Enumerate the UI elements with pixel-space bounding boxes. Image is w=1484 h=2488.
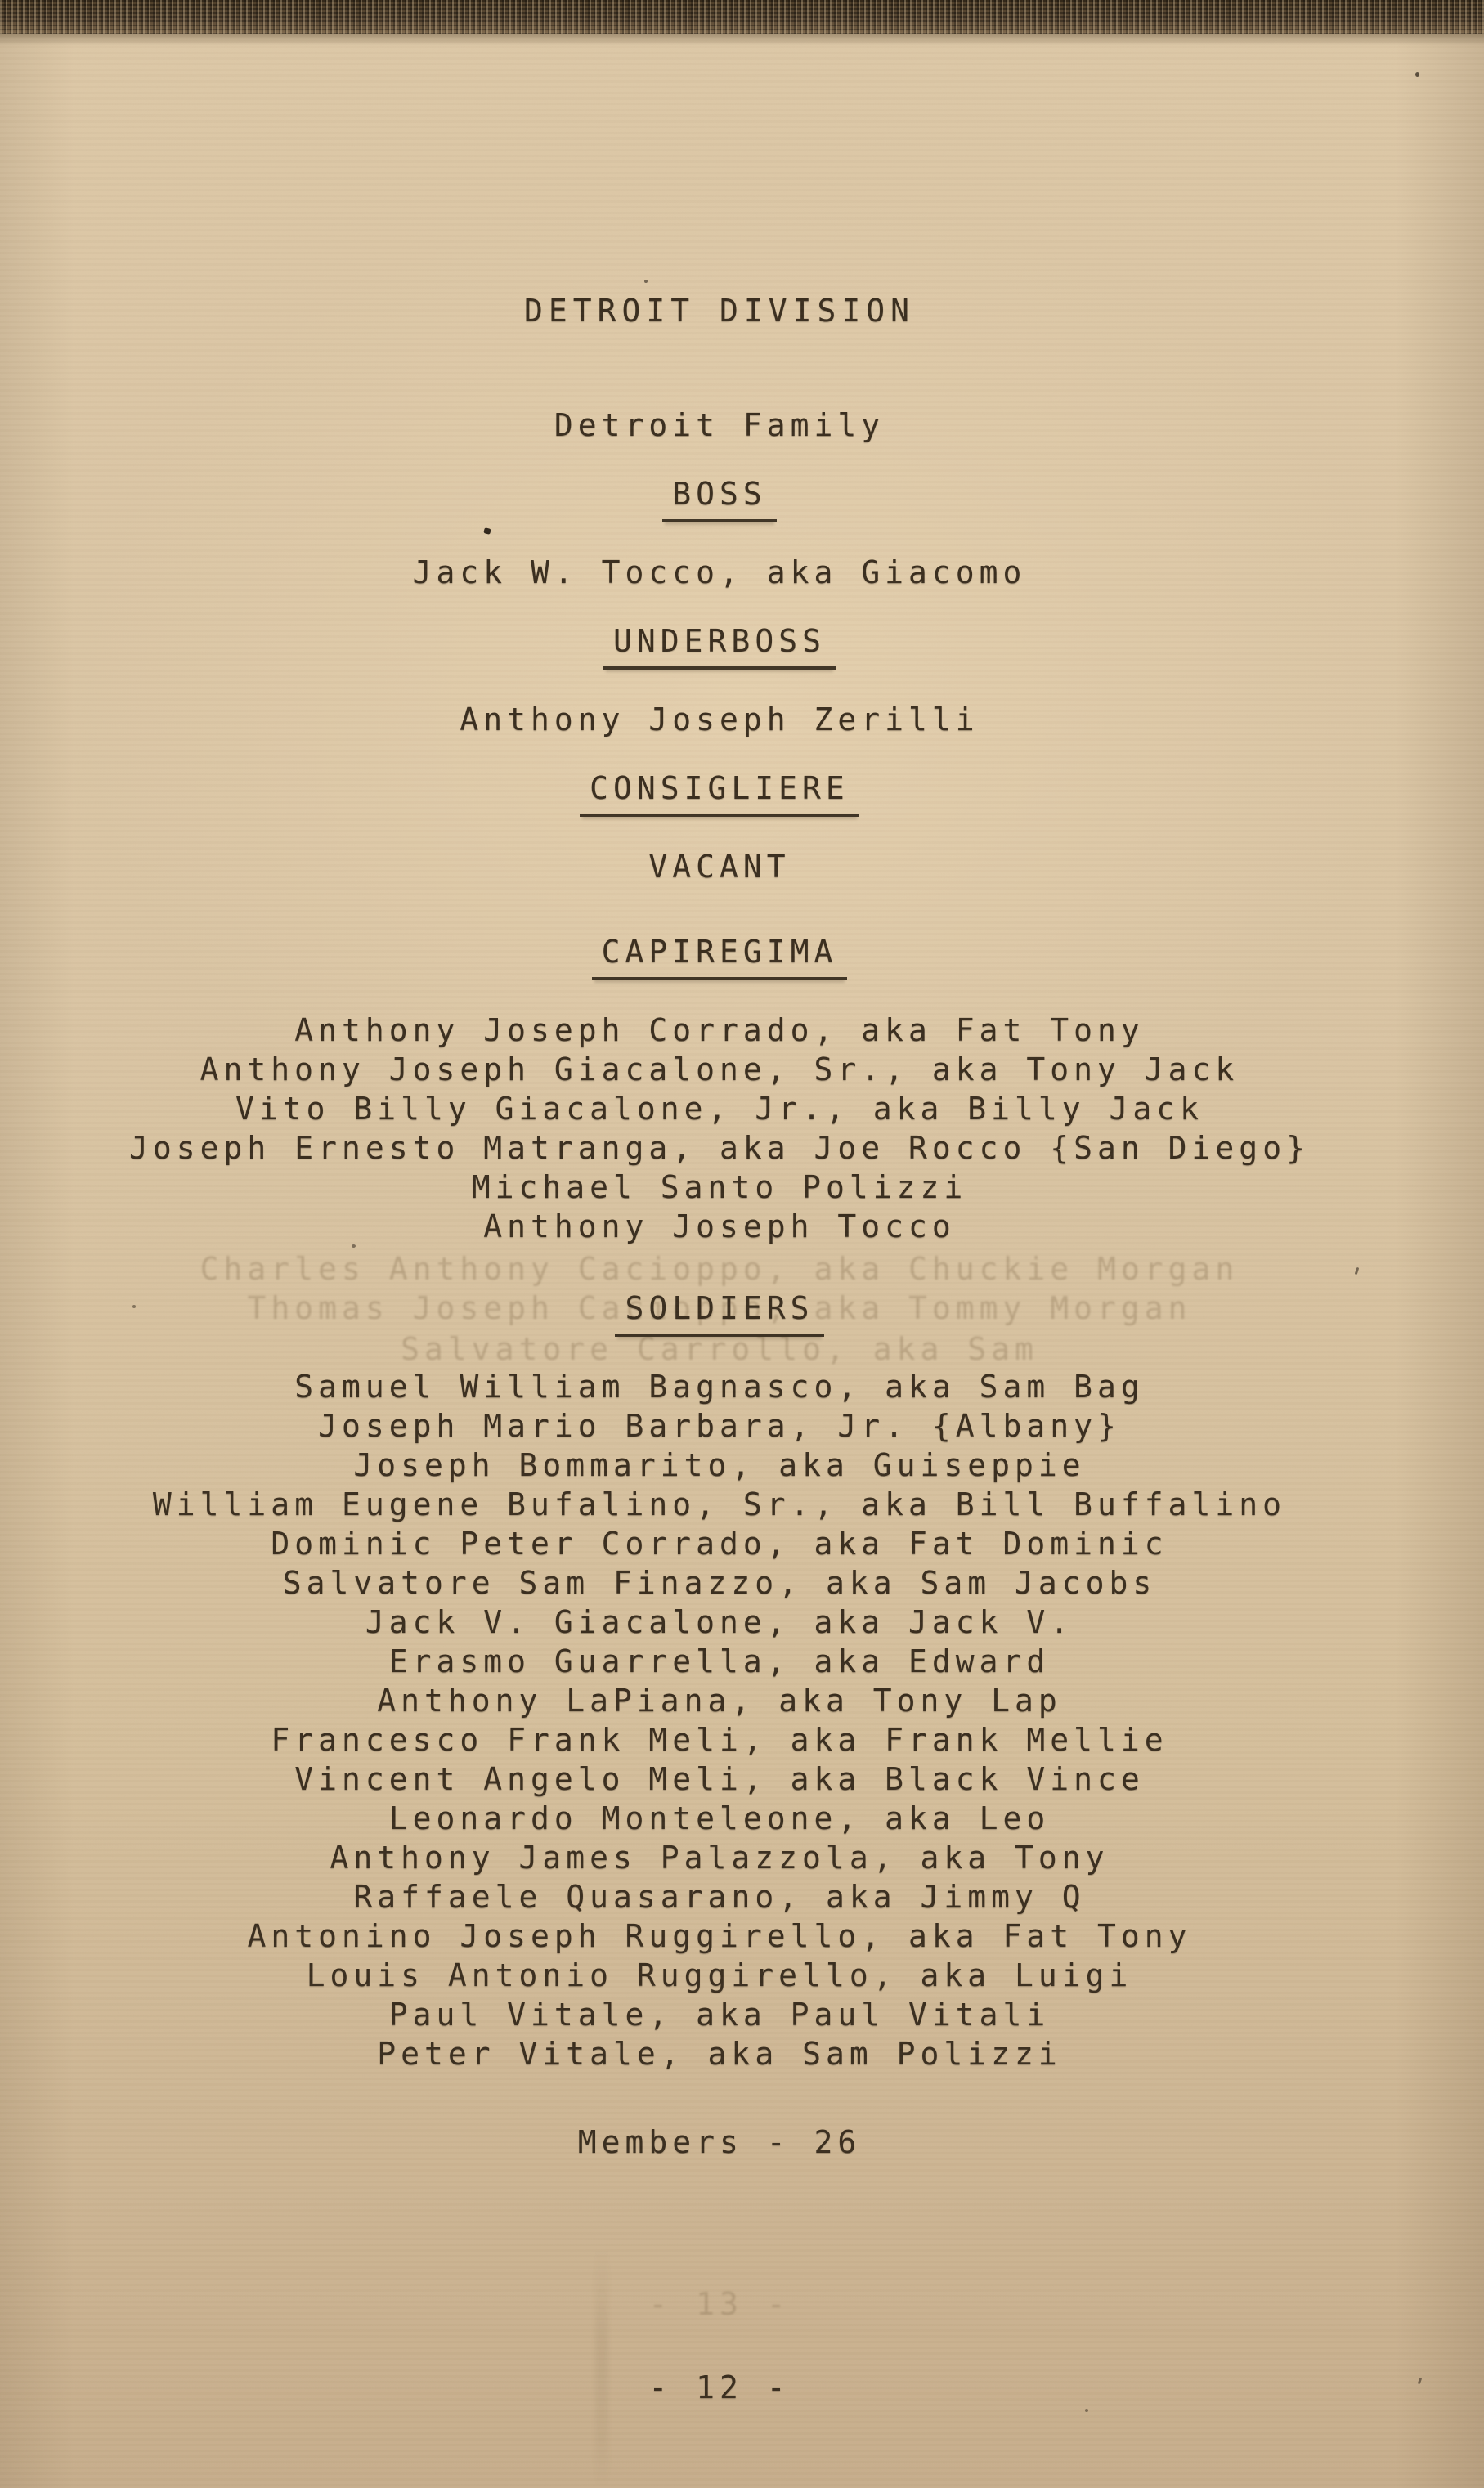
- member-entry: Peter Vitale, aka Sam Polizzi: [0, 2034, 1439, 2073]
- section-entries: Samuel William Bagnasco, aka Sam BagJose…: [0, 1367, 1439, 2073]
- hierarchy-section: SOLDIERS Samuel William Bagnasco, aka Sa…: [0, 1289, 1439, 2073]
- hierarchy-section: CONSIGLIERE VACANT: [0, 769, 1439, 886]
- member-entry: Louis Antonio Ruggirello, aka Luigi: [0, 1956, 1439, 1995]
- page-number: - 12 -: [0, 2368, 1439, 2407]
- section-heading: CONSIGLIERE: [580, 769, 859, 817]
- members-count: Members - 26: [0, 2123, 1439, 2162]
- page-title: DETROIT DIVISION: [0, 291, 1439, 330]
- section-heading: CAPIREGIMA: [592, 932, 848, 980]
- section-entries: VACANT: [0, 847, 1439, 886]
- ink-speck: [644, 280, 648, 283]
- member-entry: Joseph Mario Barbara, Jr. {Albany}: [0, 1406, 1439, 1446]
- section-heading-line: UNDERBOSS: [0, 621, 1439, 661]
- hierarchy-section: CAPIREGIMA Anthony Joseph Corrado, aka F…: [0, 932, 1439, 1246]
- fabric-background-strip: [0, 0, 1484, 34]
- member-entry: Antonino Joseph Ruggirello, aka Fat Tony: [0, 1916, 1439, 1956]
- member-entry: Anthony Joseph Corrado, aka Fat Tony: [0, 1011, 1439, 1050]
- ink-speck: [1415, 72, 1419, 77]
- member-entry: Samuel William Bagnasco, aka Sam Bag: [0, 1367, 1439, 1406]
- member-entry: Anthony Joseph Zerilli: [0, 700, 1439, 739]
- member-entry: Anthony James Palazzola, aka Tony: [0, 1838, 1439, 1877]
- member-entry: Vincent Angelo Meli, aka Black Vince: [0, 1760, 1439, 1799]
- member-entry: VACANT: [0, 847, 1439, 886]
- section-heading: BOSS: [662, 474, 777, 522]
- member-entry: Vito Billy Giacalone, Jr., aka Billy Jac…: [0, 1089, 1439, 1128]
- member-entry: Anthony LaPiana, aka Tony Lap: [0, 1681, 1439, 1720]
- hierarchy-section: BOSS Jack W. Tocco, aka Giacomo: [0, 474, 1439, 592]
- member-entry: William Eugene Bufalino, Sr., aka Bill B…: [0, 1485, 1439, 1524]
- member-entry: Joseph Bommarito, aka Guiseppie: [0, 1446, 1439, 1485]
- typed-page-content: DETROIT DIVISION Detroit Family BOSS Jac…: [0, 0, 1439, 2407]
- section-entries: Anthony Joseph Zerilli: [0, 700, 1439, 739]
- photographed-document: Charles Anthony Cacioppo, aka Chuckie Mo…: [0, 0, 1484, 2488]
- section-heading-line: SOLDIERS: [0, 1289, 1439, 1328]
- ink-speck: [132, 1305, 136, 1308]
- section-entries: Anthony Joseph Corrado, aka Fat TonyAnth…: [0, 1011, 1439, 1246]
- ink-speck: [352, 1244, 356, 1248]
- section-heading-line: BOSS: [0, 474, 1439, 513]
- hierarchy-section: UNDERBOSS Anthony Joseph Zerilli: [0, 621, 1439, 739]
- member-entry: Jack W. Tocco, aka Giacomo: [0, 553, 1439, 592]
- family-subtitle: Detroit Family: [0, 406, 1439, 445]
- member-entry: Raffaele Quasarano, aka Jimmy Q: [0, 1877, 1439, 1916]
- member-entry: Leonardo Monteleone, aka Leo: [0, 1799, 1439, 1838]
- member-entry: Jack V. Giacalone, aka Jack V.: [0, 1603, 1439, 1642]
- member-entry: Francesco Frank Meli, aka Frank Mellie: [0, 1720, 1439, 1760]
- member-entry: Joseph Ernesto Matranga, aka Joe Rocco {…: [0, 1128, 1439, 1168]
- member-entry: Anthony Joseph Giacalone, Sr., aka Tony …: [0, 1050, 1439, 1089]
- member-entry: Erasmo Guarrella, aka Edward: [0, 1642, 1439, 1681]
- member-entry: Salvatore Sam Finazzo, aka Sam Jacobs: [0, 1563, 1439, 1603]
- section-entries: Jack W. Tocco, aka Giacomo: [0, 553, 1439, 592]
- member-entry: Michael Santo Polizzi: [0, 1168, 1439, 1207]
- section-heading: UNDERBOSS: [603, 621, 836, 670]
- ink-speck: [1085, 2409, 1088, 2412]
- hierarchy-sections: BOSS Jack W. Tocco, aka Giacomo UNDERBOS…: [0, 474, 1439, 2073]
- member-entry: Dominic Peter Corrado, aka Fat Dominic: [0, 1524, 1439, 1563]
- section-heading-line: CONSIGLIERE: [0, 769, 1439, 808]
- section-heading-line: CAPIREGIMA: [0, 932, 1439, 971]
- section-heading: SOLDIERS: [615, 1289, 823, 1337]
- member-entry: Anthony Joseph Tocco: [0, 1207, 1439, 1246]
- member-entry: Paul Vitale, aka Paul Vitali: [0, 1995, 1439, 2034]
